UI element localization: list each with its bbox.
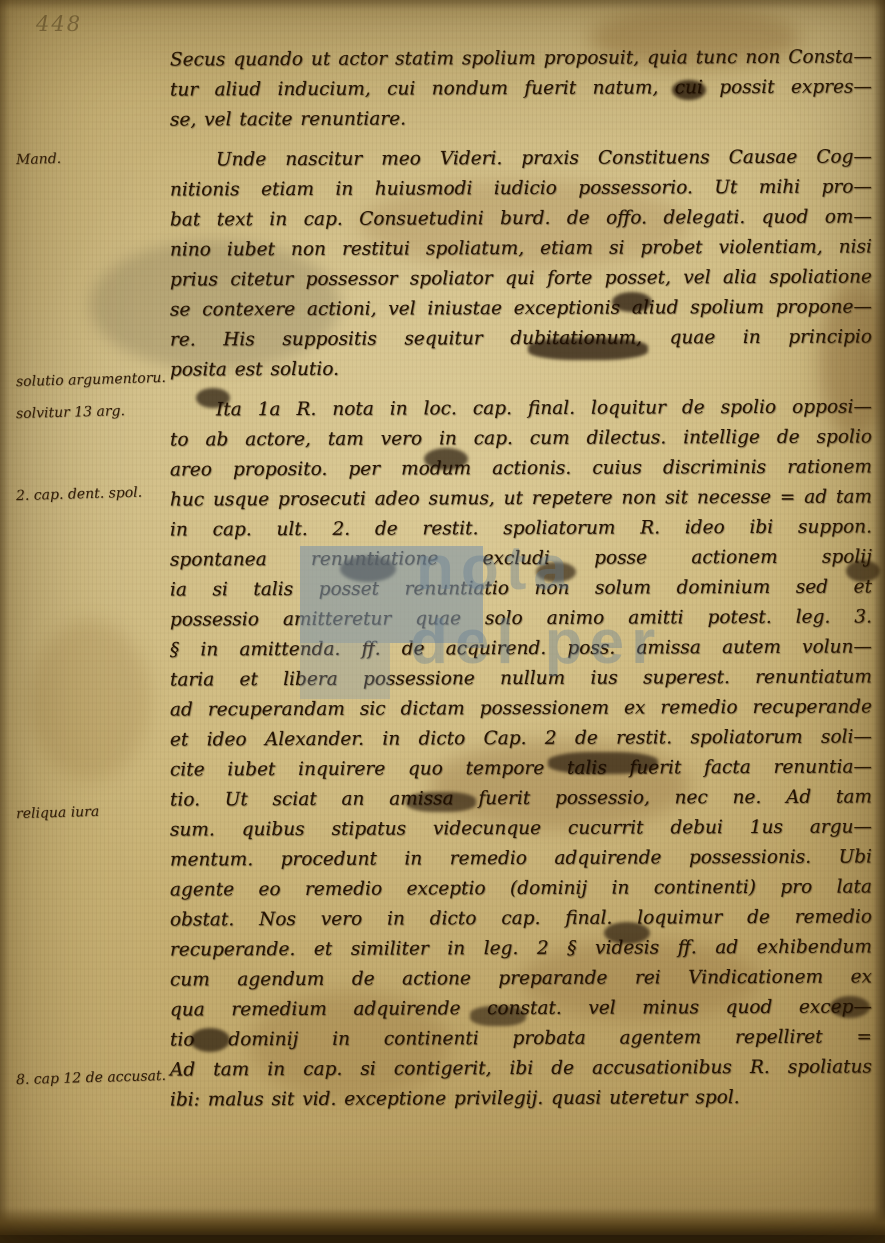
watermark-text: nota del per [416,532,662,680]
manuscript-line: nino iubet non restitui spoliatum, etiam… [170,232,872,265]
folio-number: 448 [36,12,82,36]
margin-note: solvitur 13 arg. [16,402,168,423]
manuscript-paragraph: Secus quando ut actor statim spolium pro… [170,44,872,134]
manuscript-line: Unde nascitur meo Videri. praxis Constit… [170,142,872,175]
manuscript-line: et ideo Alexander. in dicto Cap. 2 de re… [170,722,872,755]
manuscript-line: cum agendum de actione preparande rei Vi… [170,962,872,995]
watermark-box-secondary [300,643,390,699]
manuscript-paragraph: Ita 1a R. nota in loc. cap. final. loqui… [170,394,872,1114]
manuscript-line: nitionis etiam in huiusmodi iudicio poss… [170,172,872,205]
manuscript-line: recuperande. et similiter in leg. 2 § vi… [170,932,872,965]
page-edge-right [873,0,885,1243]
page-edge-left [0,0,9,1243]
manuscript-paragraph: Unde nascitur meo Videri. praxis Constit… [170,144,872,384]
manuscript-line: Ita 1a R. nota in loc. cap. final. loqui… [170,392,872,425]
manuscript-line: tio. Ut sciat an amissa fuerit possessio… [170,782,872,815]
manuscript-line: bat text in cap. Consuetudini burd. de o… [170,202,872,235]
page-edge-top [0,0,885,10]
manuscript-page: 448 Secus quando ut actor statim spolium… [0,0,885,1243]
manuscript-line: se contexere actioni, vel iniustae excep… [170,292,872,325]
page-edge-bottom [0,1235,885,1243]
manuscript-line: prius citetur possessor spoliator qui fo… [170,262,872,295]
manuscript-line: re. His suppositis sequitur dubitationum… [170,322,872,355]
manuscript-line: qua remedium adquirende constat. vel min… [170,992,872,1025]
manuscript-line: obstat. Nos vero in dicto cap. final. lo… [170,902,872,935]
manuscript-line: ad recuperandam sic dictam possessionem … [170,692,872,725]
margin-note: 2. cap. dent. spol. [16,484,168,505]
manuscript-line: agente eo remedio exceptio (dominij in c… [170,872,872,905]
manuscript-line: tio dominij in continenti probata agente… [170,1022,872,1055]
watermark-text-line: nota [416,532,662,606]
margin-note: solutio argumentoru. [16,370,168,391]
manuscript-line: Secus quando ut actor statim spolium pro… [170,42,872,75]
manuscript-line: mentum. procedunt in remedio adquirende … [170,842,872,875]
watermark-text-line: del per [410,606,662,680]
manuscript-line: posita est solutio. [170,352,872,385]
manuscript-line: se, vel tacite renuntiare. [170,102,872,135]
margin-note: Mand. [16,148,168,169]
margin-note: 8. cap 12 de accusat. [16,1068,168,1089]
manuscript-line: Ad tam in cap. si contigerit, ibi de acc… [170,1052,872,1085]
manuscript-line: to ab actore, tam vero in cap. cum dilec… [170,422,872,455]
manuscript-line: ibi: malus sit vid. exceptione privilegi… [170,1082,872,1115]
manuscript-line: tur aliud inducium, cui nondum fuerit na… [170,72,872,105]
manuscript-line: sum. quibus stipatus videcunque cucurrit… [170,812,872,845]
margin-note: reliqua iura [16,802,168,823]
paper-stain [30,620,150,780]
manuscript-line: areo proposito. per modum actionis. cuiu… [170,452,872,485]
manuscript-line: cite iubet inquirere quo tempore talis f… [170,752,872,785]
manuscript-line: huc usque prosecuti adeo sumus, ut repet… [170,482,872,515]
